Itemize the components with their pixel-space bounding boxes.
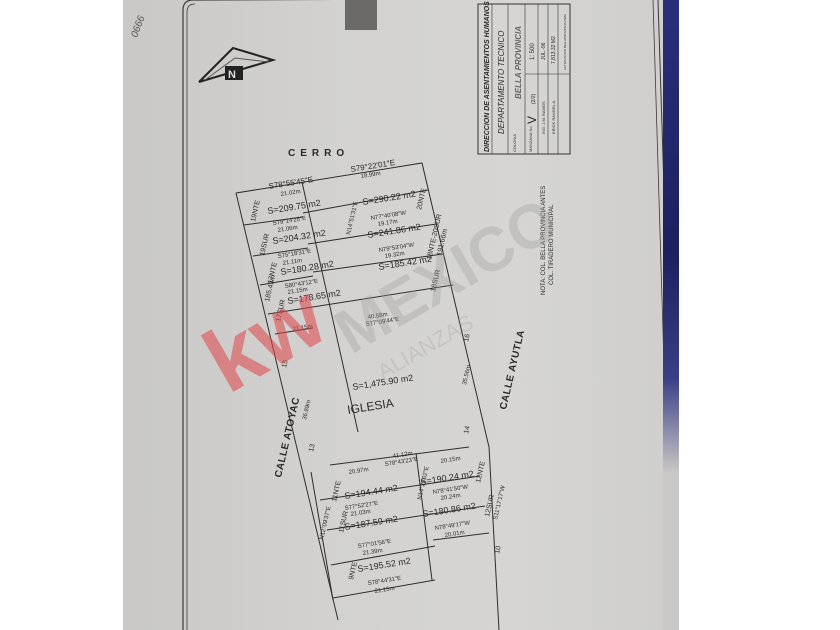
- colonia-value: BELLA PROVINCIA: [514, 26, 523, 99]
- north-left-bearing: S78°55'45"E: [268, 175, 314, 191]
- svg-text:21.15m: 21.15m: [374, 586, 395, 595]
- svg-text:S=194.44 m2: S=194.44 m2: [344, 483, 399, 501]
- handwritten-note: 0666: [129, 14, 147, 39]
- lot-12nte: 12NTE S=190.24 m2 20.15m: [420, 456, 487, 487]
- svg-text:S=209.75 m2: S=209.75 m2: [267, 198, 322, 216]
- svg-text:S=180.86 m2: S=180.86 m2: [422, 501, 477, 519]
- svg-text:11NTE: 11NTE: [331, 480, 343, 503]
- center-divider-upper: N14°51'31"E: [346, 201, 360, 236]
- title-department: DEPARTAMENTO TECNICO: [497, 31, 506, 134]
- fecha-value: JUL.-96: [541, 42, 547, 60]
- colonia-label: COLONIA: [512, 134, 517, 152]
- archivo-value: LOTIFICACION BELLAPROVINCIA.DWG: [563, 13, 567, 70]
- double-top-bearing: S78°43'23"E: [384, 457, 418, 468]
- manzana-label: MANZANA No.: [528, 125, 533, 152]
- site-plan-drawing: 0666 N DIRECCION DE ASENTAMIENTOS HUMANO…: [123, 0, 679, 630]
- svg-text:35.56m: 35.56m: [462, 365, 472, 386]
- dibujo-value: ING. J.M. RAMOS: [541, 101, 546, 134]
- svg-text:36.89m: 36.89m: [302, 400, 312, 421]
- west-lower-bearing: N12°09'37"E: [319, 506, 333, 541]
- lot-11sur: 11SUR S=187.59 m2 S77°52'27"E 21.03m: [338, 501, 398, 534]
- north-arrow-icon: N: [199, 48, 273, 82]
- plat-document-photo: 0666 N DIRECCION DE ASENTAMIENTOS HUMANO…: [123, 0, 679, 630]
- lot12sur-bottom-bearing: N78°49'17"W: [434, 520, 471, 532]
- escala-value: 1: 500: [530, 43, 536, 60]
- tape-patch: [345, 0, 377, 30]
- svg-text:S78°44'31"E: S78°44'31"E: [367, 576, 401, 587]
- svg-text:IGLESIA: IGLESIA: [346, 396, 394, 417]
- east-lower-bearing: S11°17'17"W: [493, 485, 507, 521]
- street-north: CERRO: [288, 148, 349, 159]
- background-edge: [663, 0, 679, 630]
- superficie-value: 7,813.32 M2: [551, 36, 557, 64]
- svg-text:kw: kw: [188, 265, 343, 412]
- street-east: CALLE AYUTLA: [498, 329, 527, 411]
- svg-text:20.97m: 20.97m: [348, 467, 369, 476]
- svg-text:19NTE: 19NTE: [250, 199, 262, 222]
- svg-text:20NTE: 20NTE: [416, 187, 428, 210]
- north-left-length: 21.02m: [280, 189, 301, 198]
- lot-12sur: 12SUR S=180.86 m2 N78°41'50"W 20.24m: [422, 484, 496, 519]
- lot-number-13: 13: [308, 443, 317, 452]
- lot-number-10: 10: [494, 545, 503, 554]
- svg-text:19SUR: 19SUR: [259, 233, 271, 257]
- svg-text:N: N: [228, 69, 236, 81]
- lot-9nte: 9NTE S=195.52 m2 S77°01'56"E 21.39m S78°…: [348, 539, 411, 595]
- lot-number-14: 14: [463, 425, 472, 434]
- svg-text:12NTE: 12NTE: [475, 460, 487, 483]
- lot-20nte: 20NTE S=290.22 m2: [362, 187, 428, 210]
- manzana-value: V: [525, 116, 539, 124]
- manzana-sub: (2/2): [531, 93, 537, 104]
- reviso-value: ERICK RANGEL A.: [551, 100, 556, 134]
- svg-text:S=290.22 m2: S=290.22 m2: [362, 189, 417, 207]
- svg-text:20.15m: 20.15m: [440, 456, 461, 465]
- title-agency: DIRECCION DE ASENTAMIENTOS HUMANOS: [484, 1, 491, 152]
- title-block: DIRECCION DE ASENTAMIENTOS HUMANOS DEPAR…: [478, 1, 570, 154]
